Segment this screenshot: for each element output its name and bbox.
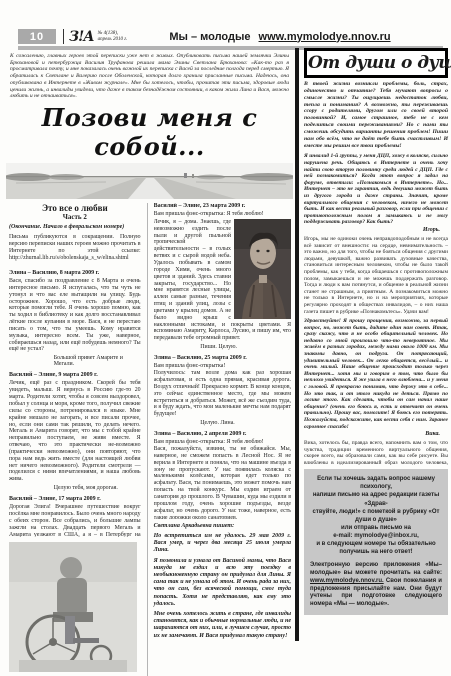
letter-header: Элина – Василию, 25 марта 2009 г. (154, 355, 291, 362)
letter-body: Вася, спасибо за поздравление с 8 Марта … (9, 278, 141, 353)
letter-sign: Большой привет Амарите и Мегали. (9, 355, 141, 367)
article-column-1: Это все о любви Часть 2 (Окончание. Нача… (6, 203, 148, 641)
contact-instructions: Если ты хочешь задать вопрос нашему псих… (310, 475, 442, 556)
masthead: Мы – молодые www.mymolodye.nnov.ru (169, 31, 390, 43)
publication-note: Письма публикуются в сокращении. Полную … (9, 234, 141, 261)
advice-title: От души о душе! (308, 53, 444, 73)
letter-body: Лечик, ещё раз с праздником. Скорей бы т… (9, 380, 141, 483)
letter-header: Василий – Элине, 23 марта 2009 г. (154, 203, 291, 210)
letter-header: Василий – Элине, 17 марта 2009 г. (9, 496, 141, 503)
online-version-note: Электронную версию приложения «Мы–молоды… (310, 562, 442, 609)
masthead-url: www.mymolodye.nnov.ru (259, 31, 391, 43)
page-number: 10 (18, 29, 56, 44)
letter-header: Василий – Элине, 9 марта 2009 г. (9, 372, 141, 379)
online-version-text-a: Электронную версию приложения «Мы–молоды… (310, 562, 442, 576)
epilogue-paragraph: Но встретиться им не удалось. 29 мая 200… (154, 533, 291, 555)
letter-body: Дорогая Элига! Вчерашнее путешествие вок… (9, 504, 141, 537)
epilogue-head: Светлана Аркадьевна пишет: (154, 523, 291, 530)
letter-header: Элина – Василию, 8 марта 2009 г. (9, 270, 141, 277)
article-column-2: Василий – Элине, 23 марта 2009 г. Вам пр… (148, 203, 293, 641)
reader-sign: Вика. (304, 431, 448, 437)
lead-intro: К сожалению, главных героев этой перепис… (6, 53, 293, 100)
issue-info: № 4(138), апрель 2010 г. (98, 31, 128, 43)
advice-column: От души о душе! В твоей жизни возникли п… (295, 48, 448, 641)
epilogue: Светлана Аркадьевна пишет: Но встретитьс… (154, 523, 291, 640)
panorama-photo (6, 163, 293, 199)
advice-title-box: От души о душе! (304, 48, 448, 78)
advice-letters: Я инвалид 1-й группы, у меня ДЦП, хожу в… (304, 153, 448, 465)
header-divider (63, 29, 64, 44)
reader-question: Здравствуйте! Я прошу прощения, возможно… (304, 318, 448, 430)
article-headline: Позови меня с собой... (6, 103, 293, 161)
issue-date: апрель 2010 г. (98, 37, 128, 43)
wheelchair-photo (9, 542, 137, 641)
page-header: 10 З!А № 4(138), апрель 2010 г. Мы – мол… (18, 28, 443, 45)
epilogue-paragraph: Мне очень хотелось жить в стране, где ин… (154, 611, 291, 640)
main-article-region: К сожалению, главных героев этой перепис… (6, 53, 293, 641)
letter-body: Вася, пожалуйста, извини, ты не обижайся… (154, 446, 291, 519)
article-note: (Окончание. Начало в февральском номере) (9, 224, 141, 231)
contact-box: Если ты хочешь задать вопрос нашему псих… (304, 469, 448, 615)
postcard-line: Вам пришла фэнс-открытка: Я тебя люблю! (154, 211, 291, 218)
letter-sign: Пиши. Целую. (154, 344, 291, 350)
letter-sign: Целую. Лина. (154, 420, 291, 426)
article-columns: Это все о любви Часть 2 (Окончание. Нача… (6, 203, 293, 641)
newspaper-logo: З!А (69, 29, 94, 45)
col2-letters: Василий – Элине, 23 марта 2009 г. Вам пр… (154, 203, 291, 519)
letter-header: Элина – Василию, 2 апреля 2009 г. (154, 431, 291, 438)
advice-intro: В твоей жизни возникли проблемы, боль, с… (304, 81, 448, 149)
epilogue-paragraph: Я позвонила и узнала от Васиной мамы, чт… (154, 558, 291, 608)
col1-letters: Элина – Василию, 8 марта 2009 г. Вася, с… (9, 265, 141, 537)
portrait-photo (234, 219, 291, 319)
site-url: www.mymolodye.nnov.ru. (310, 578, 384, 584)
masthead-title: Мы – молодые (169, 31, 250, 43)
reader-question: Я инвалид 1-й группы, у меня ДЦП, хожу в… (304, 153, 448, 226)
reader-sign: Игорь. (304, 227, 448, 233)
letter-sign: Целую тебя, моя дорогая. (9, 485, 141, 491)
article-part: Часть 2 (9, 213, 141, 221)
psychologist-answer: Вика, хотелось бы, правда всего, напомни… (304, 440, 448, 465)
psychologist-answer: Игорь, мы не одиноки очень неправдоподоб… (304, 236, 448, 315)
article-title: Это все о любви (9, 203, 141, 213)
letter-body: Получилось: там возле дома как раз хорош… (154, 370, 291, 418)
postcard-line: Вам пришла фэнс-открытка! (154, 363, 291, 370)
